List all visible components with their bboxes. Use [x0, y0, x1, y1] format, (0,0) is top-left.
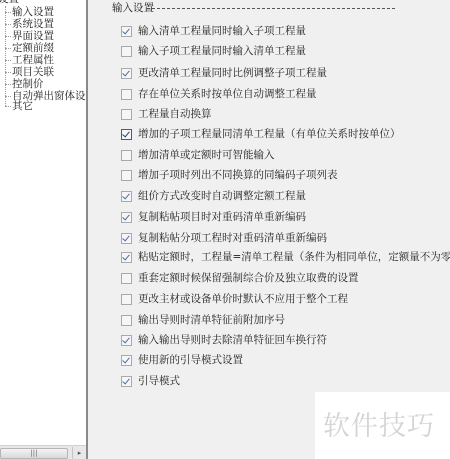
option-recode-on-paste-project[interactable]: 复制粘帖项目时对重码清单重新编码	[121, 210, 306, 224]
tree-branch-line	[5, 84, 11, 85]
tree-branch-line	[5, 72, 11, 73]
checkbox[interactable]	[121, 109, 132, 120]
checkbox[interactable]	[121, 68, 132, 79]
option-added-subitem-same-as-list[interactable]: 增加的子项工程量同清单工程量（有单位关系时按单位）	[121, 127, 401, 141]
checkbox[interactable]	[121, 233, 132, 244]
tree-branch-line	[5, 12, 11, 13]
checkbox[interactable]	[121, 355, 132, 366]
option-label: 输入子项工程量同时输入清单工程量	[138, 44, 306, 58]
option-label: 存在单位关系时按单位自动调整工程量	[138, 87, 317, 101]
option-label: 引导模式	[138, 374, 180, 388]
arrow-right-icon: ▸	[78, 449, 82, 457]
option-list-same-code-subitems[interactable]: 增加子项时列出不同换算的同编码子项列表	[121, 168, 338, 182]
option-label: 复制粘帖项目时对重码清单重新编码	[138, 210, 306, 224]
checkbox[interactable]	[121, 273, 132, 284]
option-label: 增加的子项工程量同清单工程量（有单位关系时按单位）	[138, 127, 401, 141]
tree-item-label: 系统设置	[12, 18, 54, 30]
option-input-list-qty-sync-subitem[interactable]: 输入清单工程量同时输入子项工程量	[121, 24, 306, 38]
watermark-text: 软件技巧	[323, 404, 435, 443]
option-label: 组价方式改变时自动调整定额工程量	[138, 189, 306, 203]
tree-item-control-price[interactable]: 控制价	[5, 78, 44, 90]
option-change-list-qty-scale-subitem[interactable]: 更改清单工程量同时比例调整子项工程量	[121, 66, 327, 80]
option-recode-on-paste-subproject[interactable]: 复制粘帖分项工程时对重码清单重新编码	[121, 231, 327, 245]
tree-branch-line	[5, 36, 11, 37]
tree-branch-line	[5, 106, 11, 107]
tree-item-quota-prefix[interactable]: 定额前缀	[5, 42, 54, 54]
tree-branch-line	[5, 48, 11, 49]
grip-icon: |||	[30, 449, 37, 457]
option-auto-convert-qty[interactable]: 工程量自动换算	[121, 107, 212, 121]
option-label: 重套定额时候保留强制综合价及独立取费的设置	[138, 271, 359, 285]
settings-tree: 设置 输入设置 系统设置 界面设置 定额前缀 工程属性 项目关联 控制价 自动弹…	[0, 0, 86, 459]
checkbox[interactable]	[121, 89, 132, 100]
option-label: 工程量自动换算	[138, 107, 212, 121]
option-strip-feature-newlines[interactable]: 输入输出导则时去除清单特征回车换行符	[121, 333, 327, 347]
checkbox[interactable]	[121, 129, 132, 140]
option-label: 输入输出导则时去除清单特征回车换行符	[138, 333, 327, 347]
checkbox[interactable]	[121, 294, 132, 305]
checkbox[interactable]	[121, 150, 132, 161]
option-label: 输入清单工程量同时输入子项工程量	[138, 24, 306, 38]
tree-branch-line	[5, 24, 11, 25]
checkbox[interactable]	[121, 170, 132, 181]
option-paste-quota-qty-equals-list[interactable]: 粘贴定额时，工程量=清单工程量（条件为相同单位，定额量不为零）	[121, 250, 450, 264]
option-label: 更改清单工程量同时比例调整子项工程量	[138, 66, 327, 80]
tree-item-label: 界面设置	[12, 30, 54, 42]
checkbox[interactable]	[121, 252, 132, 263]
watermark: 软件技巧	[315, 392, 450, 459]
tree-item-label: 定额前缀	[12, 42, 54, 54]
scroll-right-button[interactable]: ▸	[72, 447, 86, 459]
tree-item-input-settings[interactable]: 输入设置	[5, 6, 54, 18]
tree-item-project-properties[interactable]: 工程属性	[5, 54, 54, 66]
checkbox[interactable]	[121, 191, 132, 202]
checkbox[interactable]	[121, 212, 132, 223]
option-label: 输出导则时清单特征前附加序号	[138, 313, 285, 327]
option-material-price-not-global[interactable]: 更改主材或设备单价时默认不应用于整个工程	[121, 292, 348, 306]
option-label: 增加子项时列出不同换算的同编码子项列表	[138, 168, 338, 182]
option-export-feature-serial[interactable]: 输出导则时清单特征前附加序号	[121, 313, 285, 327]
option-adjust-quota-qty-on-pricing-change[interactable]: 组价方式改变时自动调整定额工程量	[121, 189, 306, 203]
option-auto-adjust-by-unit[interactable]: 存在单位关系时按单位自动调整工程量	[121, 87, 317, 101]
tree-item-system-settings[interactable]: 系统设置	[5, 18, 54, 30]
tree-item-label: 项目关联	[12, 66, 54, 78]
option-keep-forced-price-on-reapply[interactable]: 重套定额时候保留强制综合价及独立取费的设置	[121, 271, 359, 285]
option-label: 粘贴定额时，工程量=清单工程量（条件为相同单位，定额量不为零）	[138, 250, 450, 264]
tree-branch-line	[5, 96, 11, 97]
option-use-new-guide-mode[interactable]: 使用新的引导模式设置	[121, 353, 243, 367]
option-guide-mode[interactable]: 引导模式	[121, 374, 180, 388]
option-label: 复制粘帖分项工程时对重码清单重新编码	[138, 231, 327, 245]
option-label: 增加清单或定额时可智能输入	[138, 148, 275, 162]
checkbox[interactable]	[121, 315, 132, 326]
checkbox[interactable]	[121, 376, 132, 387]
group-divider	[147, 8, 395, 9]
scrollbar-thumb[interactable]: |||	[0, 448, 68, 459]
option-smart-input[interactable]: 增加清单或定额时可智能输入	[121, 148, 275, 162]
option-label: 使用新的引导模式设置	[138, 353, 243, 367]
tree-item-label: 工程属性	[12, 54, 54, 66]
checkbox[interactable]	[121, 26, 132, 37]
option-label: 更改主材或设备单价时默认不应用于整个工程	[138, 292, 348, 306]
checkbox[interactable]	[121, 46, 132, 57]
tree-item-label: 输入设置	[12, 6, 54, 18]
tree-item-label: 其它	[12, 100, 33, 112]
tree-horizontal-scrollbar[interactable]: ||| ▸	[0, 445, 86, 459]
tree-item-interface-settings[interactable]: 界面设置	[5, 30, 54, 42]
tree-item-other[interactable]: 其它	[5, 100, 33, 112]
checkbox[interactable]	[121, 335, 132, 346]
tree-item-label: 控制价	[12, 78, 44, 90]
tree-branch-line	[5, 60, 11, 61]
option-input-subitem-qty-sync-list[interactable]: 输入子项工程量同时输入清单工程量	[121, 44, 306, 58]
tree-item-item-association[interactable]: 项目关联	[5, 66, 54, 78]
tree-root-label: 设置	[0, 0, 19, 5]
